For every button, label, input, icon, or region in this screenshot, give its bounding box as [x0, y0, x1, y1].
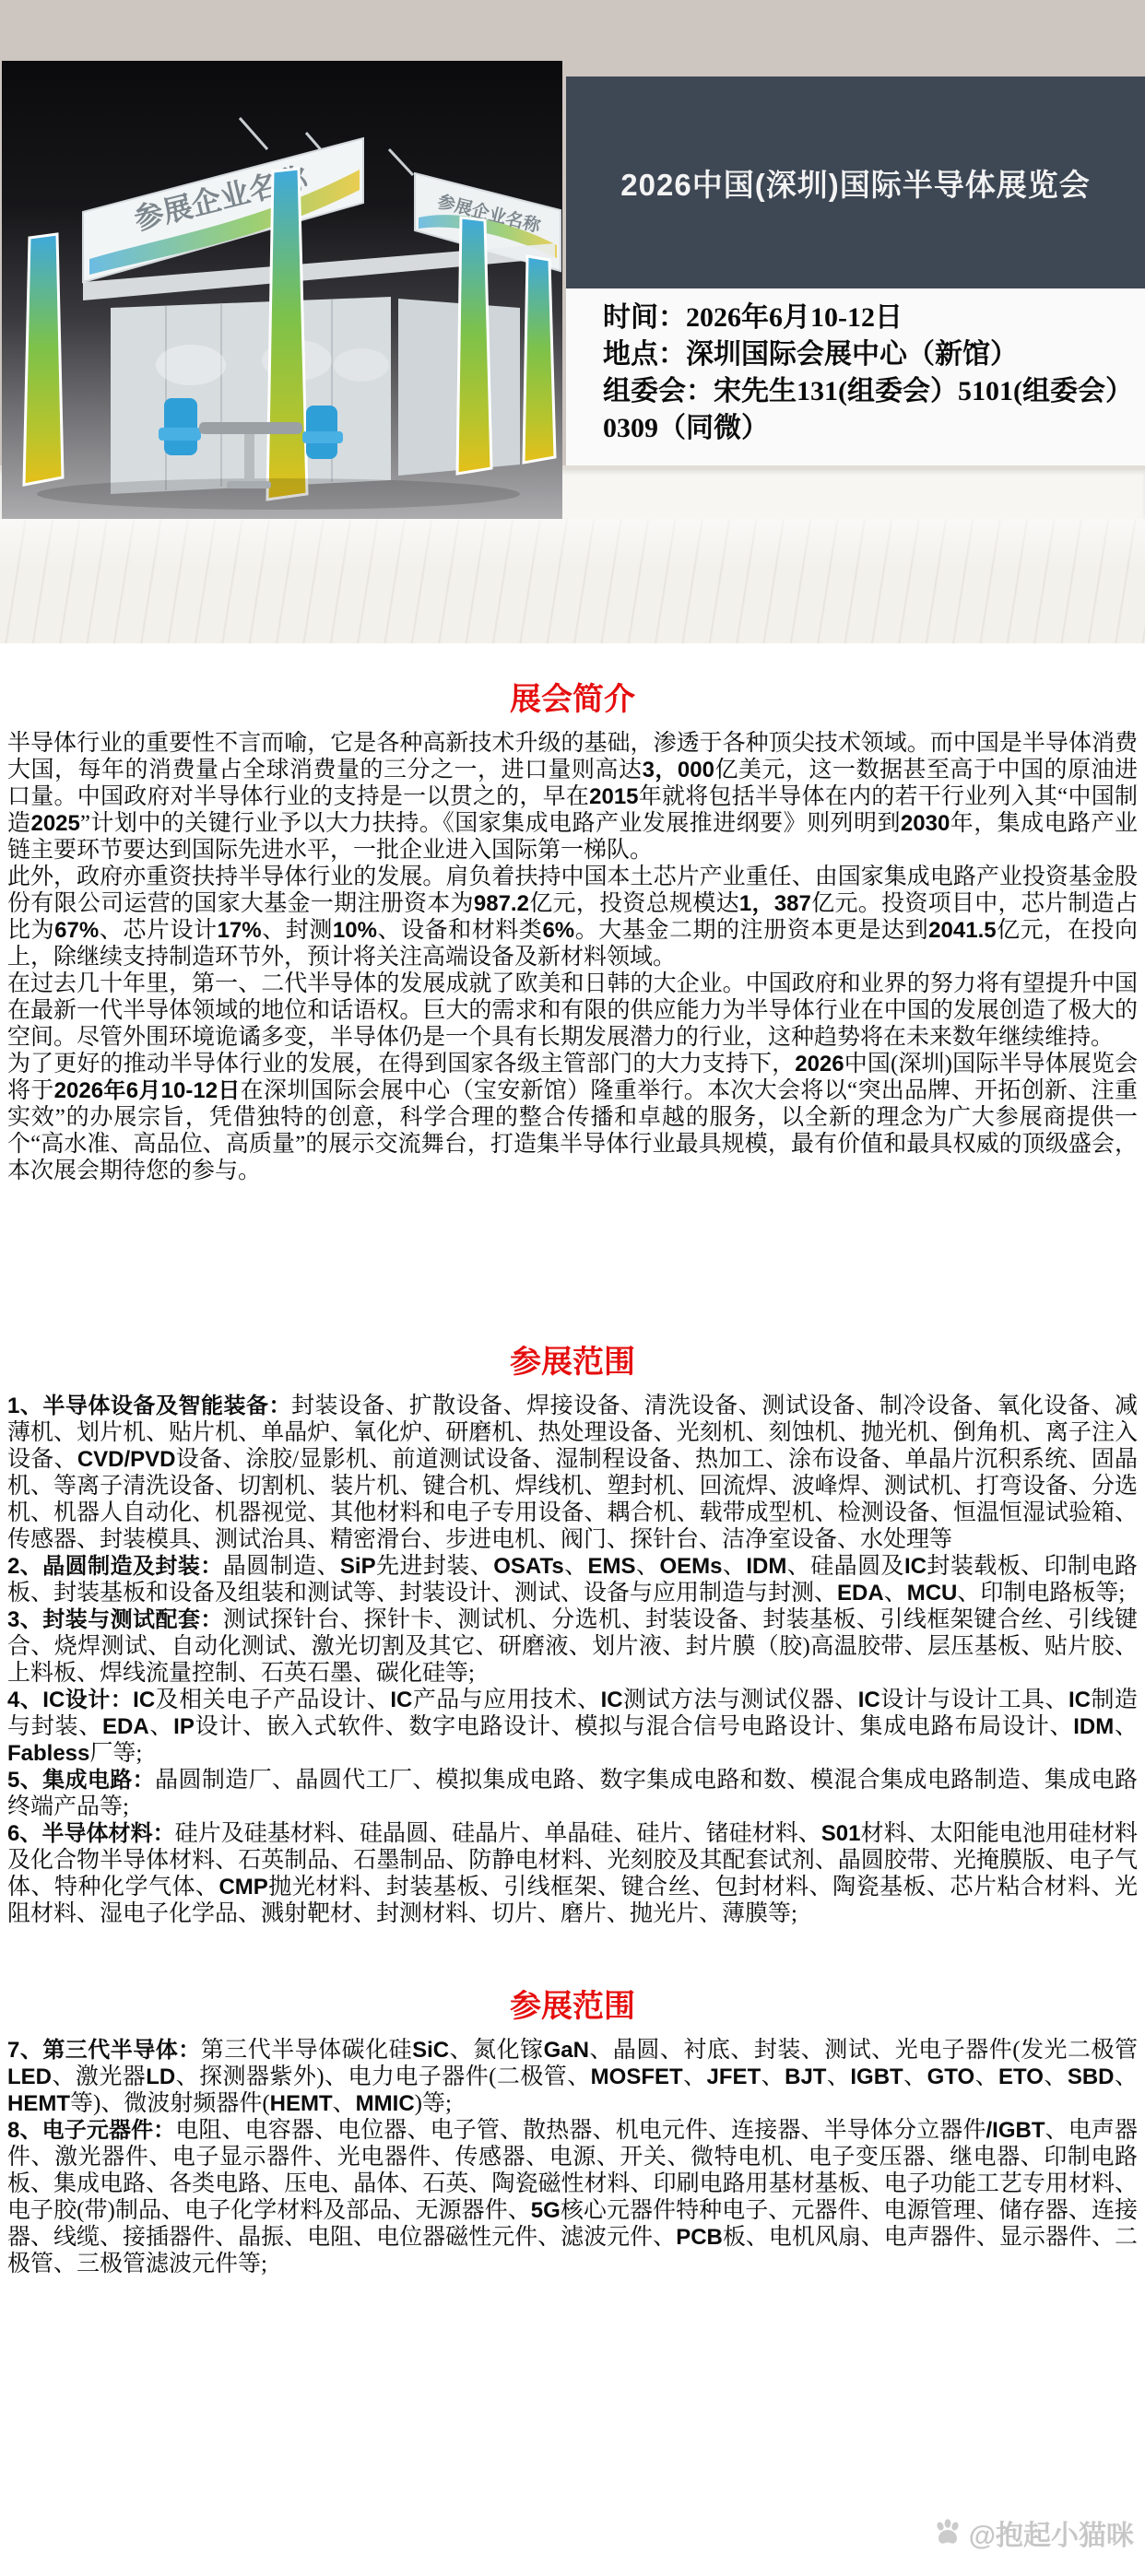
watermark: @抱起小猫咪 — [932, 2512, 1134, 2553]
vertical-banner — [267, 169, 307, 500]
scope-item-6: 6、半导体材料：硅片及硅基材料、硅晶圆、硅晶片、单晶硅、硅片、锗硅材料、S01材… — [7, 1820, 1138, 1927]
info-venue: 地点：深圳国际会展中心（新馆） — [603, 336, 1145, 373]
flyer-page: 参展企业名称 参展企业名称 — [0, 0, 1145, 2576]
info-committee-phone: 0309（同微） — [603, 410, 1145, 447]
scope-item-8: 8、电子元器件：电阻、电容器、电位器、电子管、散热器、机电元件、连接器、半导体分… — [7, 2117, 1138, 2277]
vertical-banner — [524, 256, 555, 463]
event-title: 2026中国(深圳)国际半导体展览会 — [620, 161, 1090, 205]
scope-item-4: 4、IC设计：IC及相关电子产品设计、IC产品与应用技术、IC测试方法与测试仪器… — [7, 1687, 1138, 1767]
paw-icon — [932, 2517, 963, 2548]
vertical-banner — [24, 234, 63, 485]
vertical-banner — [457, 218, 491, 474]
info-time: 时间：2026年6月10-12日 — [603, 300, 1145, 336]
info-committee: 组委会：宋先生131(组委会）5101(组委会） — [603, 373, 1145, 410]
intro-paragraph-1: 半导体行业的重要性不言而喻，它是各种高新技术升级的基础，渗透于各种顶尖技术领域。… — [7, 730, 1138, 864]
scope-item-1: 1、半导体设备及智能装备：封装设备、扩散设备、焊接设备、清洗设备、测试设备、制冷… — [7, 1393, 1138, 1553]
section-heading-scope-2: 参展范围 — [0, 1981, 1145, 2026]
section-heading-intro: 展会简介 — [0, 643, 1145, 719]
content-area: 展会简介 半导体行业的重要性不言而喻，它是各种高新技术升级的基础，渗透于各种顶尖… — [0, 643, 1145, 2576]
scope-item-3: 3、封装与测试配套：测试探针台、探针卡、测试机、分选机、封装设备、封装基板、引线… — [7, 1606, 1138, 1687]
intro-paragraph-4: 为了更好的推动半导体行业的发展，在得到国家各级主管部门的大力支持下，2026中国… — [7, 1051, 1138, 1184]
event-info-panel: 时间：2026年6月10-12日 地点：深圳国际会展中心（新馆） 组委会：宋先生… — [566, 288, 1145, 465]
watermark-handle: @抱起小猫咪 — [969, 2512, 1134, 2553]
chair — [164, 398, 197, 455]
floor-shadow — [37, 478, 520, 510]
table — [199, 422, 302, 434]
scope-item-5: 5、集成电路：晶圆制造厂、晶圆代工厂、模拟集成电路、数字集成电路和数、模混合集成… — [7, 1767, 1138, 1820]
title-banner: 2026中国(深圳)国际半导体展览会 — [566, 76, 1145, 288]
wood-floor — [0, 519, 1145, 643]
booth-photo-svg: 参展企业名称 参展企业名称 — [2, 61, 562, 519]
intro-paragraph-3: 在过去几十年里，第一、二代半导体的发展成就了欧美和日韩的大企业。中国政府和业界的… — [7, 970, 1138, 1051]
scope-item-2: 2、晶圆制造及封装：晶圆制造、SiP先进封装、OSATs、EMS、OEMs、ID… — [7, 1553, 1138, 1606]
section-heading-scope-1: 参展范围 — [0, 1336, 1145, 1382]
intro-paragraph-2: 此外，政府亦重资扶持半导体行业的发展。肩负着扶持中国本土芯片产业重任、由国家集成… — [7, 864, 1138, 970]
booth-photo: 参展企业名称 参展企业名称 — [2, 61, 562, 519]
scope-item-7: 7、第三代半导体：第三代半导体碳化硅SiC、氮化镓GaN、晶圆、衬底、封装、测试… — [7, 2037, 1138, 2117]
